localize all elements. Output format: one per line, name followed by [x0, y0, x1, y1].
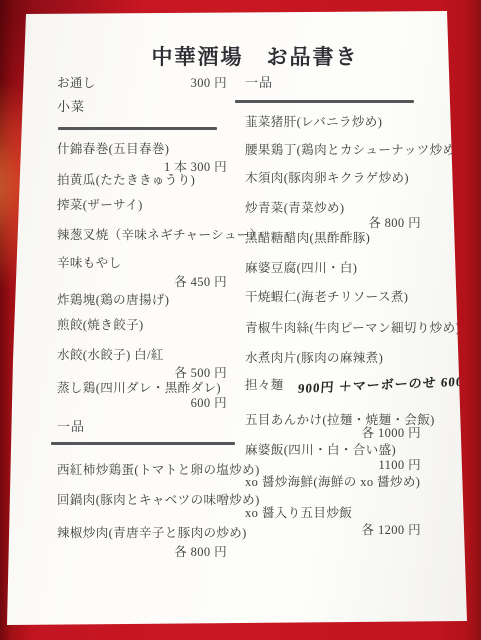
menu-title: 中華酒場 お品書き: [43, 41, 467, 71]
section-label-ippin-right: 一品: [245, 75, 273, 91]
menu-item: 搾菜(ザーサイ): [57, 197, 143, 213]
price-label: 600 円: [57, 395, 227, 411]
menu-item: xo 醤入り五目炒飯: [245, 505, 352, 521]
menu-item: 蒸し鶏(四川ダレ・黒酢ダレ): [57, 380, 221, 396]
menu-item: 水煮肉片(豚肉の麻辣煮): [245, 350, 383, 366]
section-rule: [235, 100, 414, 103]
price-label: 各 1200 円: [245, 522, 421, 538]
section-label-ippin-left: 一品: [57, 419, 85, 435]
menu-item: 韮菜猪肝(レバニラ炒め): [245, 114, 382, 130]
price-label: 各 500 円: [57, 365, 227, 381]
section-rule: [58, 127, 217, 130]
menu-item: 青椒牛肉絲(牛肉ピーマン細切り炒め): [245, 320, 460, 336]
menu-item: 木須肉(豚肉卵キクラゲ炒め): [245, 170, 409, 186]
price-label: 各 1000 円: [245, 425, 421, 441]
price-label: 1100 円: [245, 457, 421, 473]
menu-item: 回鍋肉(豚肉とキャベツの味噌炒め): [57, 492, 260, 508]
menu-item: 炒青菜(青菜炒め): [245, 200, 344, 216]
menu-item: 煎餃(焼き餃子): [57, 317, 144, 333]
menu-item: 辣葱叉焼（辛味ネギチャーシュー）: [57, 227, 263, 243]
menu-item: 水餃(水餃子) 白/紅: [57, 347, 164, 363]
menu-item: 炸鶏塊(鶏の唐揚げ): [57, 292, 169, 308]
section-label-kozara: 小菜: [57, 99, 85, 115]
menu-item: 西紅柿炒鶏蛋(トマトと卵の塩炒め): [57, 462, 260, 478]
price-label: 各 450 円: [57, 274, 227, 290]
handwritten-note: 900円 ＋マーボーのせ 600円: [298, 370, 479, 397]
menu-item: 担々麺: [245, 377, 284, 393]
menu-item: 辣椒炒肉(青唐辛子と豚肉の炒め): [57, 525, 247, 541]
menu-item: 腰果鶏丁(鶏肉とカシューナッツ炒め): [245, 142, 460, 158]
menu-item: 拍黄瓜(たたききゅうり): [57, 172, 195, 188]
menu-paper: 中華酒場 お品書き お通し 300 円 小菜 什錦春巻(五目春巻) 1 本 30…: [7, 11, 467, 625]
menu-item: 麻婆飯(四川・白・合い盛): [245, 442, 396, 458]
menu-item: 黒醋糖醋肉(黒酢酢豚): [245, 230, 370, 246]
price-label: 300 円: [57, 75, 227, 91]
menu-item: 什錦春巻(五目春巻): [57, 141, 169, 157]
menu-item: xo 醤炒海鮮(海鮮の xo 醤炒め): [245, 474, 420, 490]
price-label: 各 800 円: [57, 544, 227, 560]
price-label: 各 800 円: [245, 215, 421, 231]
menu-item: 辛味もやし: [57, 255, 122, 271]
menu-item: 干焼蝦仁(海老チリソース煮): [245, 289, 408, 305]
section-rule: [51, 442, 235, 445]
menu-item: 麻婆豆腐(四川・白): [245, 260, 357, 276]
